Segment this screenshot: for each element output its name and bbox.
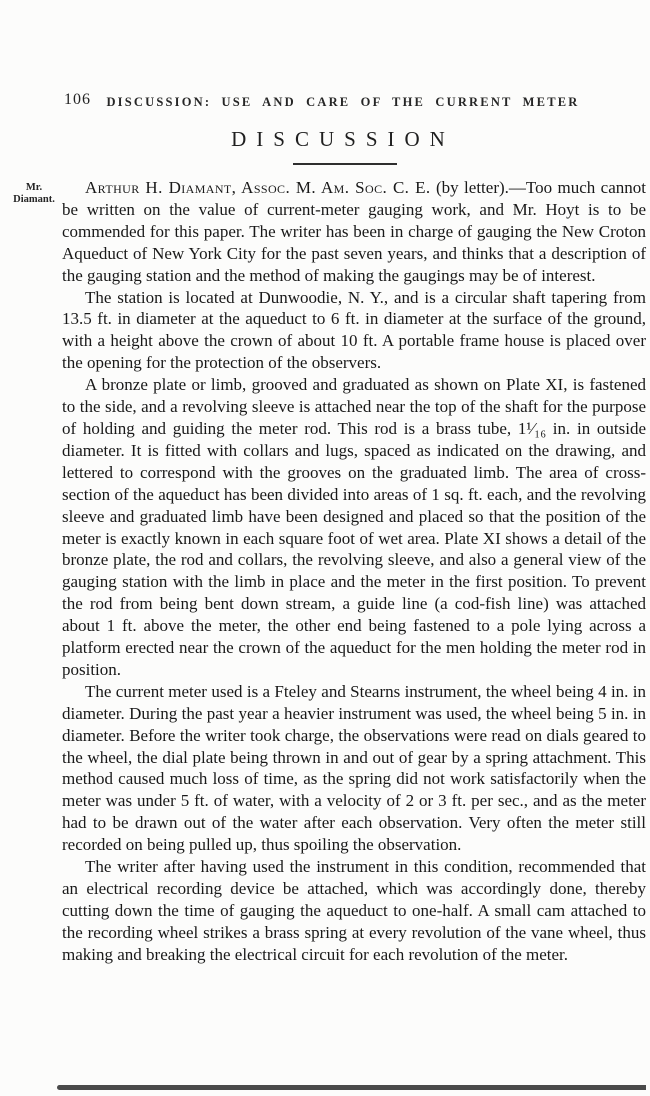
- paragraph-1: Arthur H. Diamant, Assoc. M. Am. Soc. C.…: [62, 177, 646, 287]
- title-rule: [293, 163, 397, 165]
- margin-note-line1: Mr.: [8, 182, 60, 194]
- running-header: DISCUSSION: USE AND CARE OF THE CURRENT …: [63, 95, 623, 110]
- body-text: Arthur H. Diamant, Assoc. M. Am. Soc. C.…: [62, 177, 646, 966]
- paragraph-5: The writer after having used the instrum…: [62, 856, 646, 966]
- scanned-document-page: 106 DISCUSSION: USE AND CARE OF THE CURR…: [0, 0, 650, 1096]
- paragraph-2: The station is located at Dunwoodie, N. …: [62, 287, 646, 375]
- margin-note-line2: Diamant.: [8, 194, 60, 206]
- paragraph-3: A bronze plate or limb, grooved and grad…: [62, 374, 646, 681]
- section-title: DISCUSSION: [63, 127, 623, 152]
- paragraph-4: The current meter used is a Fteley and S…: [62, 681, 646, 856]
- margin-note: Mr. Diamant.: [8, 182, 60, 205]
- speaker-name: Arthur H. Diamant, Assoc. M. Am. Soc. C.…: [85, 178, 431, 197]
- scan-artifact-bar: [57, 1085, 646, 1090]
